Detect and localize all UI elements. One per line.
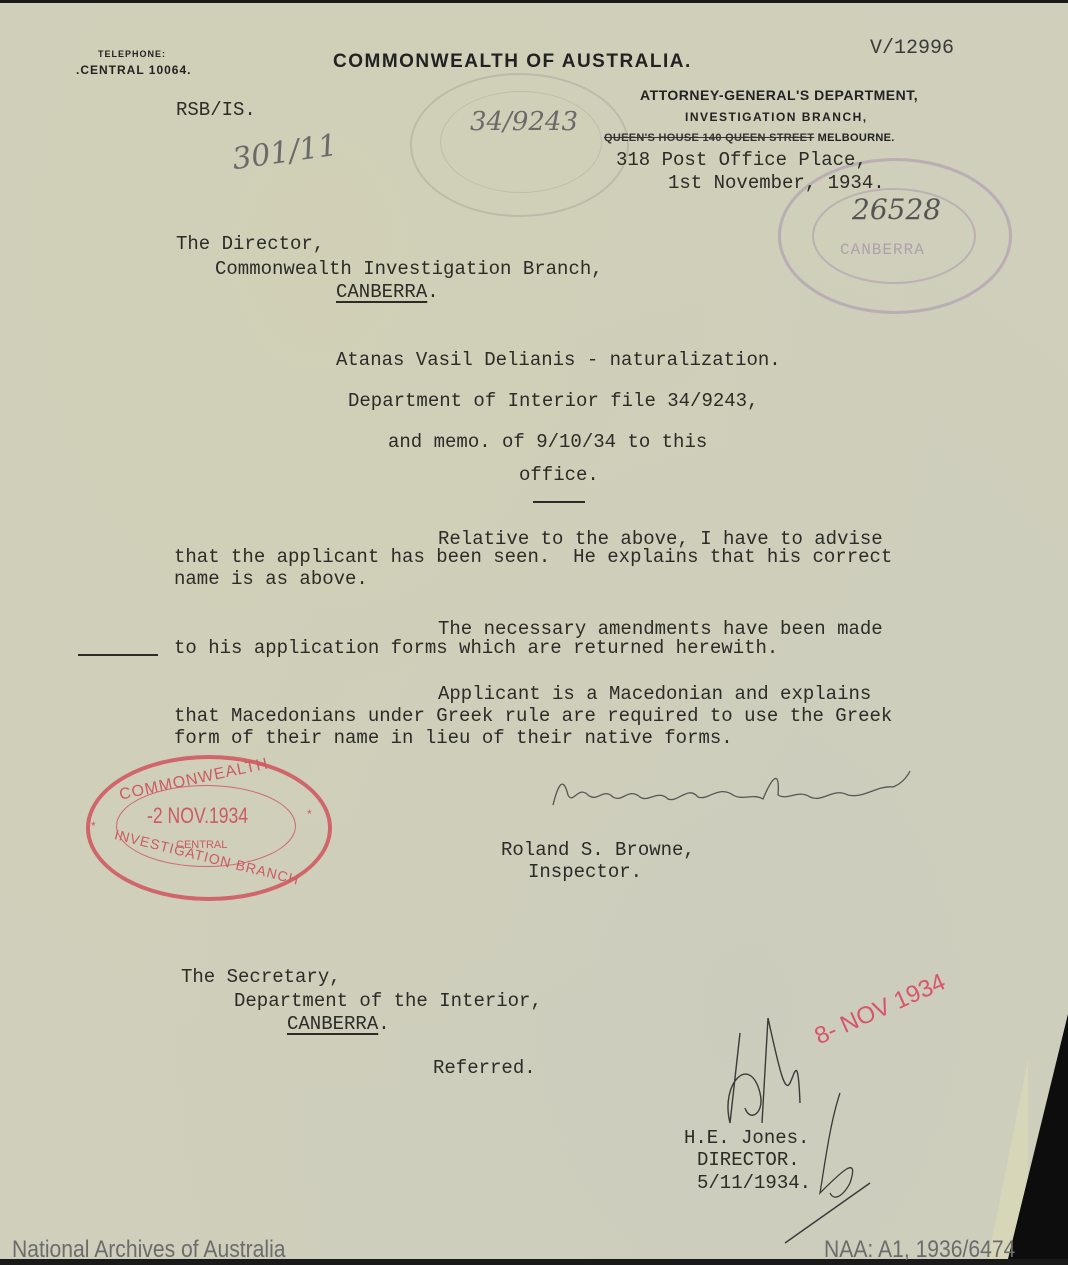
sender-street: 318 Post Office Place, [616, 149, 867, 171]
recipient-line1: The Director, [176, 233, 324, 255]
referral-city-name: CANBERRA [287, 1013, 378, 1035]
margin-mark [78, 654, 158, 656]
letterhead-title: COMMONWEALTH OF AUSTRALIA. [333, 51, 692, 73]
referral-city: CANBERRA. [287, 1013, 390, 1035]
subject-line3: and memo. of 9/10/34 to this [388, 431, 707, 453]
subject-line1: Atanas Vasil Delianis - naturalization. [336, 349, 781, 371]
archive-watermark: National Archives of Australia [12, 1236, 286, 1264]
letter-date: 1st November, 1934. [668, 172, 885, 194]
referral-line2: Department of the Interior, [234, 990, 542, 1012]
signatory-name: Roland S. Browne, [501, 839, 695, 861]
body-p3-line3: form of their name in lieu of their nati… [174, 727, 733, 749]
old-address: QUEEN'S HOUSE 140 QUEEN STREET MELBOURNE… [604, 132, 895, 144]
referral-line1: The Secretary, [181, 966, 341, 988]
separator-line [533, 501, 585, 503]
director-date: 5/11/1934. [697, 1172, 811, 1194]
recipient-line2: Commonwealth Investigation Branch, [215, 258, 603, 280]
branch-name: INVESTIGATION BRANCH, [685, 110, 868, 124]
body-p3-line2: that Macedonians under Greek rule are re… [174, 705, 892, 727]
handwritten-file-number: 34/9243 [470, 107, 578, 137]
body-p2-line2: to his application forms which are retur… [174, 637, 778, 659]
recipient-city: CANBERRA. [336, 281, 439, 303]
star-icon: * [307, 807, 312, 821]
director-name: H.E. Jones. [684, 1127, 809, 1149]
city-melbourne: MELBOURNE. [818, 132, 895, 144]
handwritten-stamp-number: 26528 [852, 193, 941, 226]
file-reference-number: V/12996 [870, 37, 954, 60]
struck-address: QUEEN'S HOUSE 140 QUEEN STREET [604, 132, 814, 144]
recipient-city-name: CANBERRA [336, 281, 427, 303]
body-p1-line2: that the applicant has been seen. He exp… [174, 546, 892, 568]
subject-line2: Department of Interior file 34/9243, [348, 390, 758, 412]
received-stamp-date: -2 NOV.1934 [147, 803, 248, 829]
telephone-label: TELEPHONE: [98, 49, 166, 59]
body-p1-line3: name is as above. [174, 568, 368, 590]
subject-line4: office. [519, 464, 599, 486]
referral-action: Referred. [433, 1057, 536, 1079]
star-icon: * [91, 819, 96, 833]
signatory-title: Inspector. [528, 861, 642, 883]
handwritten-margin-ref: 301/11 [230, 128, 339, 177]
department-name: ATTORNEY-GENERAL'S DEPARTMENT, [640, 87, 918, 103]
document-page: CANBERRA TELEPHONE: .CENTRAL 10064. COMM… [0, 3, 1068, 1259]
body-p3-line1: Applicant is a Macedonian and explains [438, 683, 871, 705]
canberra-stamp-text: CANBERRA [840, 241, 925, 259]
archive-citation: NAA: A1, 1936/6474 [824, 1236, 1015, 1264]
telephone-number: .CENTRAL 10064. [76, 63, 191, 77]
director-title: DIRECTOR. [697, 1149, 800, 1171]
inspector-signature [548, 765, 918, 815]
our-reference: RSB/IS. [176, 99, 256, 121]
referral-city-suffix: . [378, 1013, 389, 1035]
recipient-city-suffix: . [427, 281, 438, 303]
torn-corner [1008, 1014, 1068, 1259]
